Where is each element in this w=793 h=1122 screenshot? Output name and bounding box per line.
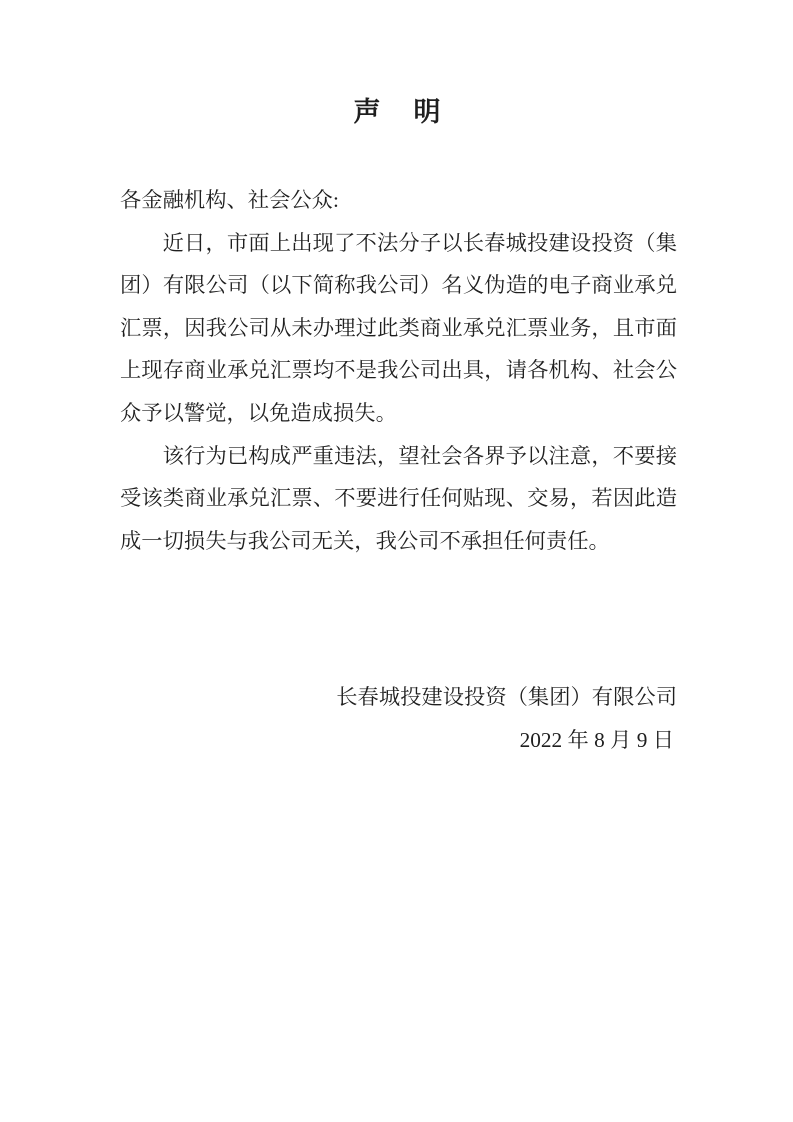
document-title: 声 明 [120, 92, 677, 132]
body-paragraph: 近日，市面上出现了不法分子以长春城投建设投资（集团）有限公司（以下简称我公司）名… [120, 222, 677, 435]
signature-block: 长春城投建设投资（集团）有限公司 2022 年 8 月 9 日 [120, 676, 677, 762]
signature-company-name: 长春城投建设投资（集团）有限公司 [120, 676, 677, 719]
document-page: 声 明 各金融机构、社会公众: 近日，市面上出现了不法分子以长春城投建设投资（集… [0, 0, 793, 1122]
document-body: 各金融机构、社会公众: 近日，市面上出现了不法分子以长春城投建设投资（集团）有限… [120, 179, 677, 562]
salutation-line: 各金融机构、社会公众: [120, 179, 677, 222]
signature-date: 2022 年 8 月 9 日 [120, 719, 677, 762]
body-paragraph: 该行为已构成严重违法，望社会各界予以注意，不要接受该类商业承兑汇票、不要进行任何… [120, 435, 677, 563]
